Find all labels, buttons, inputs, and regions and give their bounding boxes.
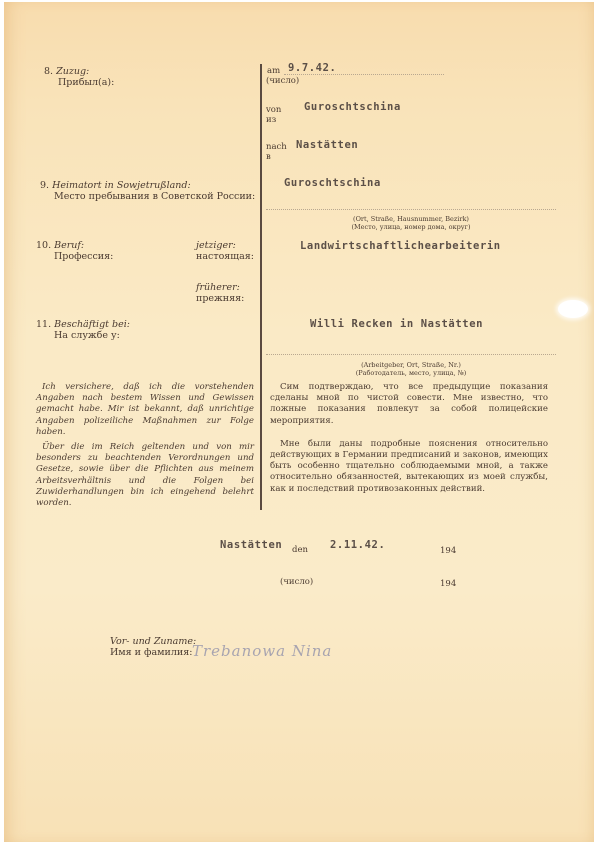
document-page: 8. Zuzug: Прибыл(а): am (число) 9.7.42. … <box>4 2 594 842</box>
sign-date-value: 2.11.42. <box>330 539 385 551</box>
profession-former-ru: прежняя: <box>196 293 244 304</box>
arrival-from-prefix-ru: из <box>266 115 276 125</box>
field-9-label-ru: Место пребывания в Советской России: <box>40 191 255 202</box>
punch-hole <box>558 300 588 318</box>
field-9-label-de: Heimatort in Sowjetrußland: <box>52 180 191 191</box>
home-place-value: Guroschtschina <box>284 177 381 189</box>
year-prefix-2: 194 <box>440 579 456 589</box>
arrival-to-prefix-de: nach <box>266 142 287 152</box>
arrival-from-prefix-de: von <box>266 105 281 115</box>
field-8-label-ru: Прибыл(а): <box>44 77 114 88</box>
declaration-ru-p2: Мне были даны подробные пояснения относи… <box>270 439 548 495</box>
arrival-date-prefix: am <box>267 66 280 76</box>
field-10-label-de: Beruf: <box>54 240 84 251</box>
employer-caption-de: (Arbeitgeber, Ort, Straße, Nr.) <box>266 361 556 369</box>
field-11-label-ru: На службе у: <box>36 330 120 341</box>
field-11-label: 11. Beschäftigt bei: На службе у: <box>36 319 130 341</box>
profession-current-de: jetziger: <box>196 240 236 251</box>
arrival-date-note: (число) <box>266 76 299 86</box>
field-11-number: 11. <box>36 319 51 330</box>
declaration-ru: Сим подтверждаю, что все предыдущие пока… <box>270 382 548 495</box>
place-value: Nastätten <box>220 539 282 551</box>
declaration-de-p2: Über die im Reich geltenden und von mir … <box>36 442 254 509</box>
arrival-date-value: 9.7.42. <box>288 62 336 74</box>
signature-label-ru: Имя и фамилия: <box>110 647 192 658</box>
arrival-to-value: Nastätten <box>296 139 358 151</box>
den-label: den <box>292 545 308 555</box>
field-11-label-de: Beschäftigt bei: <box>54 319 130 330</box>
declaration-ru-p1: Сим подтверждаю, что все предыдущие пока… <box>270 382 548 427</box>
field-8-label-de: Zuzug: <box>56 66 89 77</box>
profession-former-label: früherer: прежняя: <box>196 282 244 304</box>
employer-line <box>266 354 556 355</box>
employer-value: Willi Recken in Nastätten <box>310 318 483 330</box>
signature-label: Vor- und Zuname: Имя и фамилия: <box>110 636 196 658</box>
home-place-caption: (Ort, Straße, Hausnummer, Bezirk) (Место… <box>266 215 556 231</box>
employer-caption-ru: (Работодатель, место, улица, №) <box>266 369 556 377</box>
home-place-line <box>266 209 556 210</box>
signature-value: Trebanowa Nina <box>192 642 332 660</box>
field-8-label: 8. Zuzug: Прибыл(а): <box>44 66 114 88</box>
column-divider <box>260 64 262 510</box>
year-prefix-1: 194 <box>440 546 456 556</box>
profession-former-de: früherer: <box>196 282 240 293</box>
field-10-label: 10. Beruf: Профессия: <box>36 240 113 262</box>
signature-label-de: Vor- und Zuname: <box>110 636 196 647</box>
field-9-number: 9. <box>40 180 49 191</box>
home-place-caption-de: (Ort, Straße, Hausnummer, Bezirk) <box>266 215 556 223</box>
arrival-date-line <box>284 74 444 75</box>
date-note-ru: (число) <box>280 577 313 587</box>
arrival-to-prefix-ru: в <box>266 152 271 162</box>
field-9-label: 9. Heimatort in Sowjetrußland: Место пре… <box>40 180 255 202</box>
profession-current-ru: настоящая: <box>196 251 254 262</box>
declaration-de: Ich versichere, daß ich die vorstehenden… <box>36 382 254 509</box>
employer-caption: (Arbeitgeber, Ort, Straße, Nr.) (Работод… <box>266 361 556 377</box>
profession-current-label: jetziger: настоящая: <box>196 240 254 262</box>
profession-current-value: Landwirtschaftlichearbeiterin <box>300 240 501 252</box>
field-10-label-ru: Профессия: <box>36 251 113 262</box>
arrival-from-value: Guroschtschina <box>304 101 401 113</box>
field-8-number: 8. <box>44 66 53 77</box>
home-place-caption-ru: (Место, улица, номер дома, округ) <box>266 223 556 231</box>
declaration-de-p1: Ich versichere, daß ich die vorstehenden… <box>36 382 254 438</box>
field-10-number: 10. <box>36 240 51 251</box>
